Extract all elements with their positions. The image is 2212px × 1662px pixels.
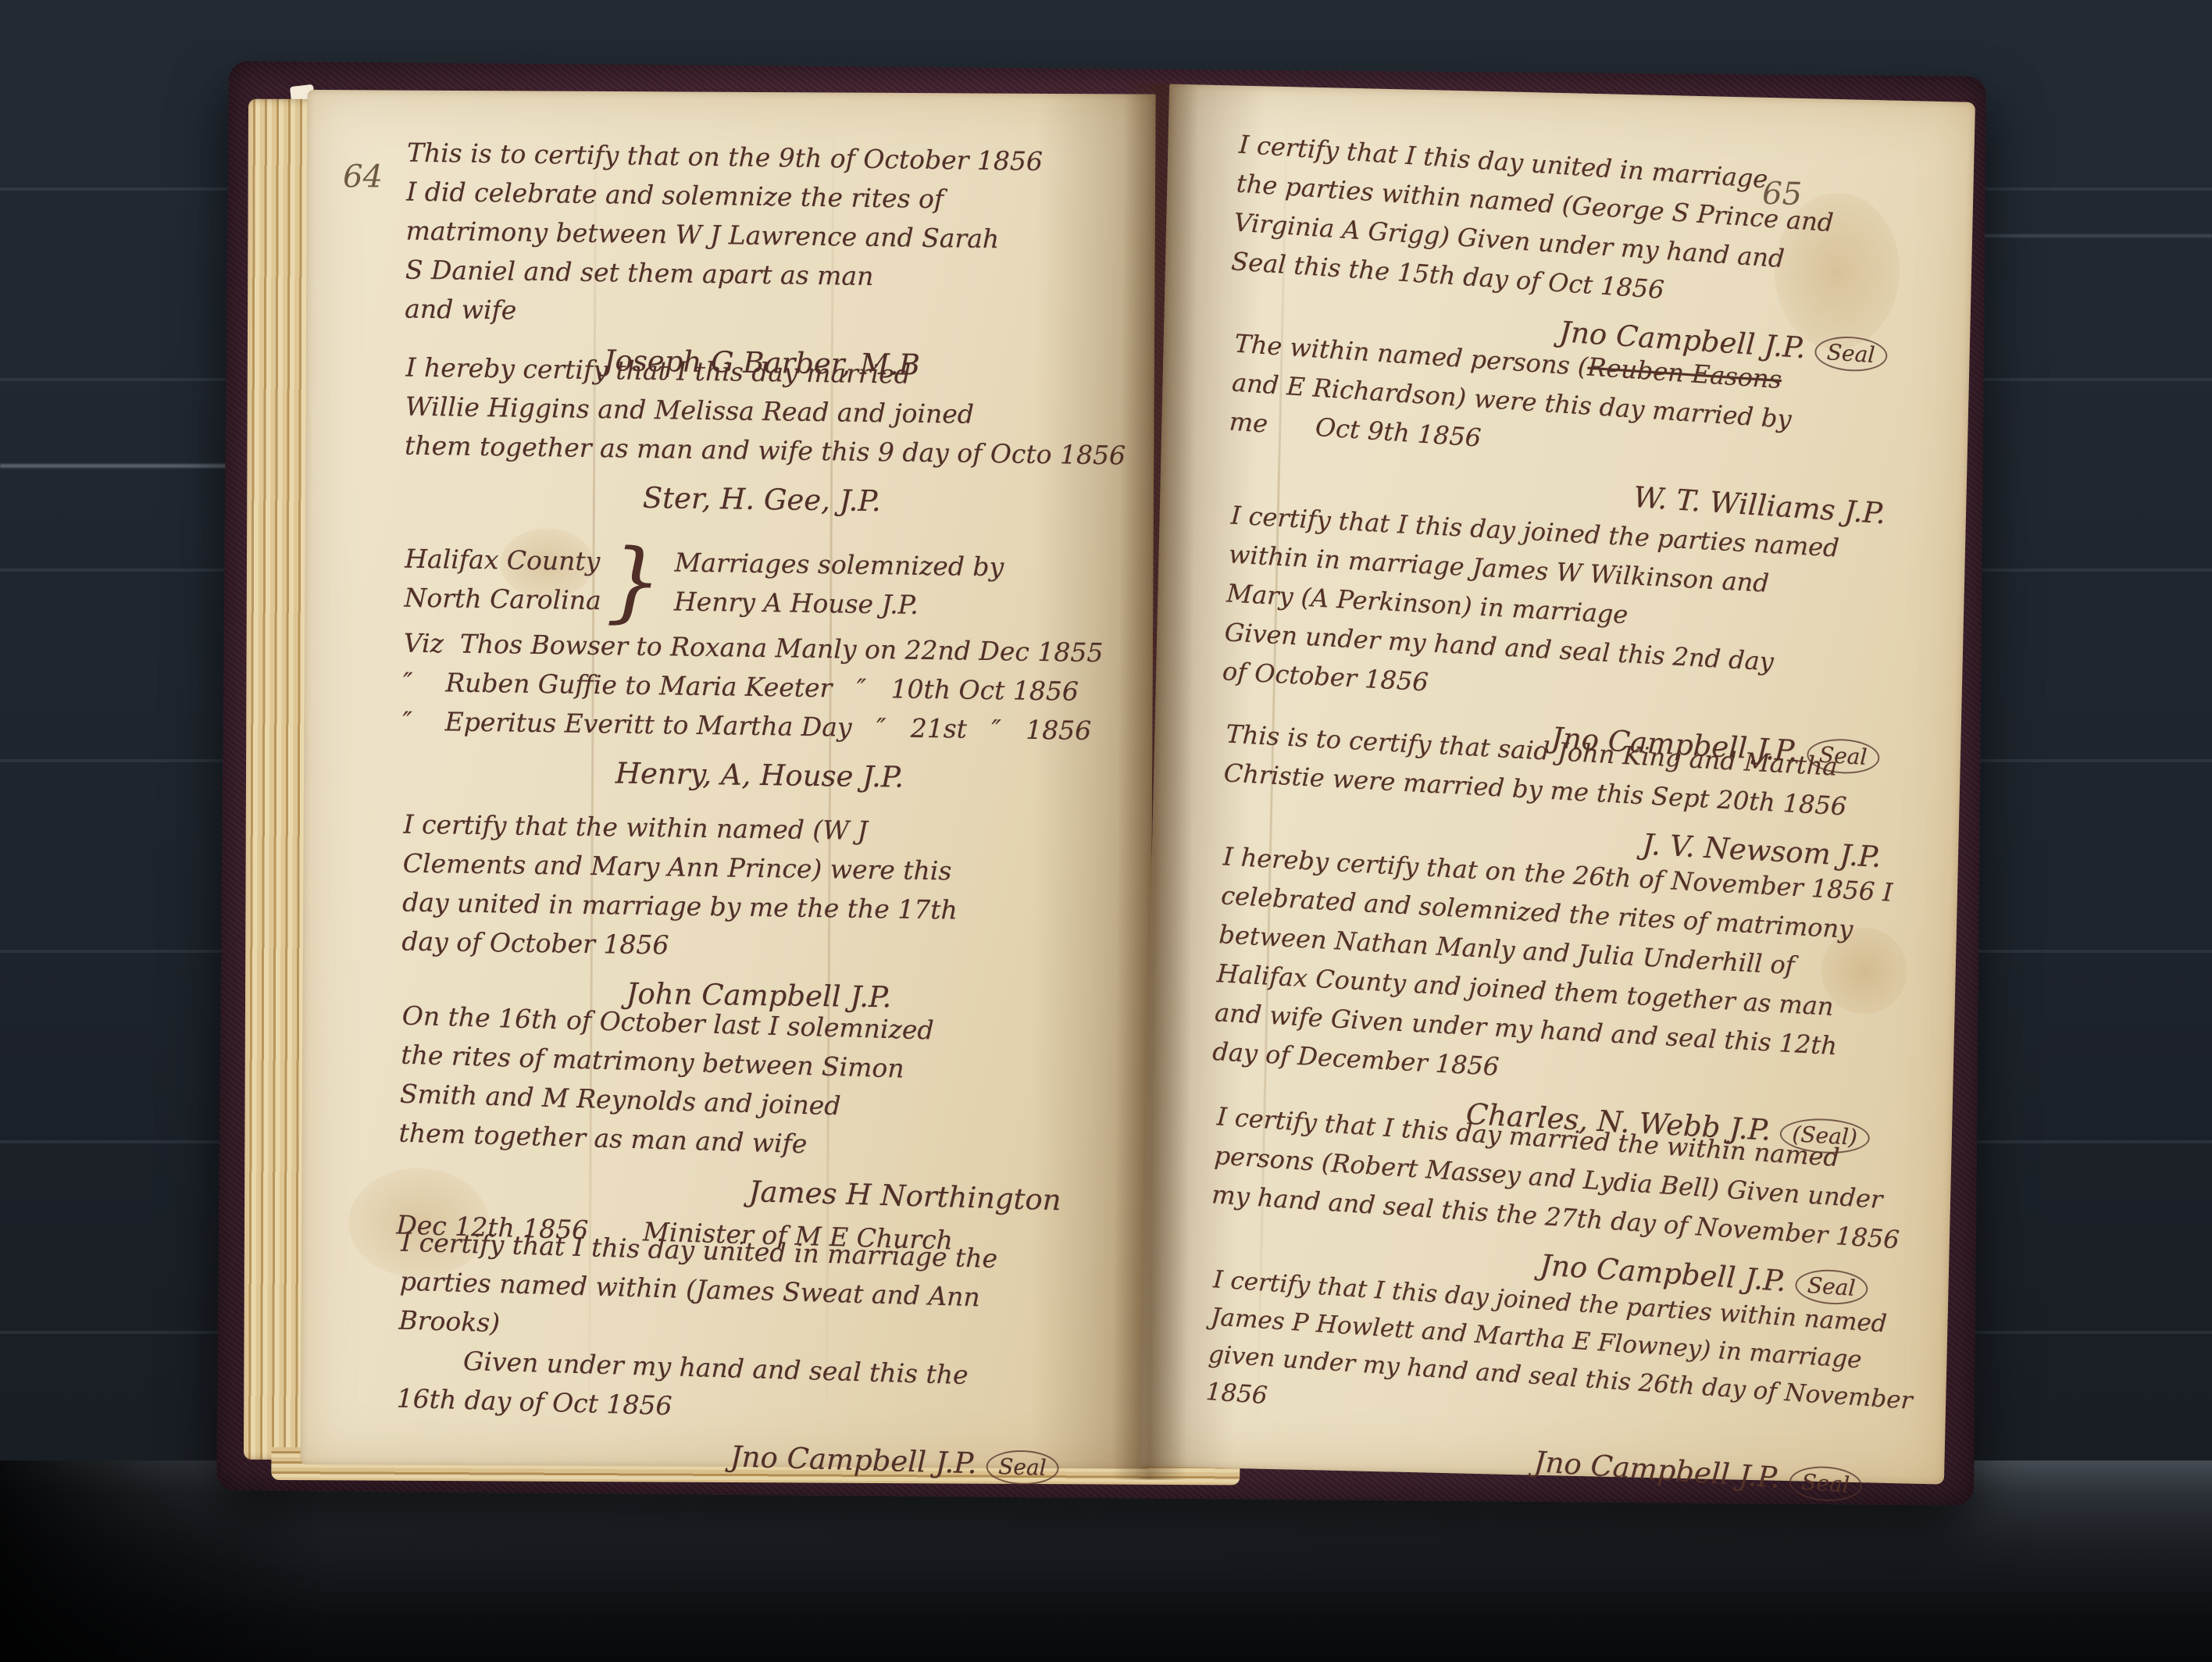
page-crease (826, 116, 835, 1436)
register-entry: I certify that I this day joined the par… (1218, 496, 1943, 781)
seal-mark: Seal (986, 1450, 1060, 1486)
entry-line: persons (Robert Massey and Lydia Bell) G… (1213, 1136, 1926, 1222)
entry-line: Seal this the 15th day of Oct 1856 (1230, 241, 1943, 327)
marriage-row: ″ Eperitus Everitt to Martha Day ″ 21st … (402, 702, 1118, 751)
marriage-row: ″ Ruben Guffie to Maria Keeter ″ 10th Oc… (403, 663, 1119, 712)
entry-line: day united in marriage by me the the 17t… (402, 883, 1118, 933)
entry-line: On the 16th of October last I solemnized (401, 997, 1118, 1056)
signature-name: Jno Campbell J.P. (730, 1440, 977, 1481)
entry-line: them together as man and wife this 9 day… (405, 426, 1121, 476)
signature: James H Northington (397, 1161, 1113, 1225)
signature: Jno Campbell J.P. Seal (1218, 698, 1932, 780)
entry-line: I certify that I this day joined the par… (1212, 1261, 1925, 1345)
entry-line: I certify that the within named (W J (403, 805, 1119, 854)
register-entry: I hereby certify that on the 26th of Nov… (1209, 836, 1935, 1161)
register-entry-halifax-list: Halifax County North Carolina } Marriage… (401, 540, 1120, 803)
signature: Jno Campbell J.P. Seal (1201, 1418, 1915, 1509)
paper-stain (1773, 191, 1901, 351)
background-glint (1970, 234, 2212, 237)
entry-line: day of October 1856 (401, 922, 1118, 972)
register-entry: I certify that the within named (W J Cle… (401, 805, 1119, 1023)
register-entry: I certify that I this day united in marr… (1226, 125, 1951, 380)
entry-text: The within named persons ( (1233, 329, 1588, 382)
marriage-rows: Viz Thos Bowser to Roxana Manly on 22nd … (402, 624, 1119, 751)
seal-mark: Seal (1788, 1464, 1863, 1503)
signature: Jno Campbell J.P. Seal (1208, 1222, 1921, 1312)
entry-line: I did celebrate and solemnize the rites … (406, 173, 1122, 222)
signature: J. V. Newsom J.P. (1220, 800, 1934, 882)
entry-line: and wife Given under my hand and seal th… (1214, 993, 1927, 1070)
entry-line: Given under my hand and seal this the (397, 1340, 1113, 1400)
entry-line: James P Howlett and Martha E Flowney) in… (1210, 1298, 1923, 1382)
entry-line: I hereby certify that on the 26th of Nov… (1222, 836, 1935, 914)
entry-line: Smith and M Reynolds and joined (399, 1075, 1115, 1134)
entry-line: within in marriage James W Wilkinson and (1228, 534, 1941, 612)
entry-line: I certify that I this day married the wi… (1216, 1097, 1929, 1182)
county-names: Halifax County North Carolina (404, 540, 601, 621)
photograph-of-marriage-register: 64 This is to certify that on the 9th of… (0, 0, 2212, 1662)
signature: Ster, H. Gee, J.P. (404, 473, 1120, 527)
entry-line: the parties within named (George S Princ… (1235, 164, 1948, 250)
register-entry: I certify that I this day married the wi… (1208, 1097, 1929, 1312)
entry-line: Virginia A Grigg) Given under my hand an… (1233, 202, 1946, 288)
entry-line: 16th day of Oct 1856 (396, 1379, 1112, 1439)
entry-line: Clements and Mary Ann Prince) were this (402, 844, 1118, 893)
seal-mark: Seal (1806, 737, 1881, 776)
signature: Jno Campbell J.P. Seal (1226, 288, 1940, 379)
entry-line: 1856 (1204, 1373, 1918, 1457)
entry-line: Willie Higgins and Melissa Read and join… (405, 387, 1122, 437)
entry-line: North Carolina (404, 579, 601, 621)
page-number-right: 65 (1762, 176, 1803, 212)
entry-line: and E Richardson) were this day married … (1231, 363, 1944, 449)
entry-line: This is to certify that on the 9th of Oc… (407, 134, 1123, 183)
entry-line: day of December 1856 (1211, 1032, 1925, 1109)
entry-line: Brooks) (398, 1301, 1115, 1361)
brace-glyph: } (605, 542, 662, 621)
paper-stain (348, 1168, 490, 1278)
entry-line: I certify that I this day united in marr… (401, 1223, 1117, 1282)
entry-line: Marriages solemnized by (674, 543, 1004, 587)
date-note: Dec 12th 1856 (396, 1206, 589, 1250)
signature: Joseph G Barber, M.B (404, 337, 1120, 391)
entry-line: The within named persons (Reuben Easons (1233, 324, 1946, 410)
page-crease (588, 115, 598, 1435)
signature: John Campbell J.P. (401, 969, 1117, 1023)
signature-name: Jno Campbell J.P. (1558, 315, 1807, 365)
entry-line: Halifax County (405, 540, 602, 582)
entry-line: and wife (405, 290, 1121, 339)
entry-line: Halifax County and joined them together … (1216, 954, 1929, 1031)
seal-mark: Seal (1794, 1268, 1869, 1307)
entry-line: Christie were married by me this Sept 20… (1223, 753, 1936, 830)
register-entry: I certify that I this day joined the par… (1201, 1261, 1925, 1509)
signature: W. T. Williams J.P. (1225, 448, 1939, 539)
county-header: Halifax County North Carolina } Marriage… (404, 540, 1120, 628)
paper-stain (1820, 927, 1907, 1015)
register-entry: This is to certify that on the 9th of Oc… (404, 134, 1122, 391)
signature-name: Jno Campbell J.P. (1539, 1248, 1787, 1298)
page-number-left: 64 (343, 159, 383, 194)
signature: Charles, N. Webb J.P. (Seal) (1209, 1079, 1923, 1161)
register-book-cover: 64 This is to certify that on the 9th of… (216, 61, 1986, 1506)
register-entry: The within named persons (Reuben Easons … (1225, 324, 1946, 540)
page-crease (1256, 110, 1289, 1438)
entry-line: Mary (A Perkinson) in marriage (1226, 573, 1939, 651)
book-gutter-shadow (1111, 83, 1199, 1480)
signature-name: Jno Campbell J.P. (1533, 1445, 1782, 1495)
entry-line: This is to certify that said John King a… (1225, 714, 1938, 791)
entry-line: them together as man and wife (398, 1114, 1115, 1173)
seal-mark: (Seal) (1779, 1116, 1870, 1155)
seal-mark: Seal (1814, 334, 1889, 373)
register-entry: I certify that I this day united in marr… (394, 1223, 1116, 1489)
entry-line: I hereby certify that I this day married (405, 348, 1122, 398)
right-page: 65 I certify that I this day united in m… (1138, 84, 1975, 1485)
entry-line: matrimony between W J Lawrence and Sarah (405, 212, 1122, 261)
paper-stain (500, 528, 594, 599)
background-glint (0, 464, 234, 468)
left-page: 64 This is to certify that on the 9th of… (300, 90, 1155, 1469)
register-entry: I hereby certify that I this day married… (404, 348, 1122, 527)
entry-line: I certify that I this day united in marr… (1238, 125, 1951, 211)
entry-line: parties named within (James Sweat and An… (399, 1262, 1115, 1321)
signature-notes: Dec 12th 1856 Minister of M E Church (396, 1206, 1112, 1265)
entry-line: celebrated and solemnized the rites of m… (1220, 876, 1933, 953)
signature-name: Charles, N. Webb J.P. (1465, 1097, 1771, 1147)
entry-line: between Nathan Manly and Julia Underhill… (1218, 915, 1931, 992)
signature: Henry, A, House J.P. (401, 749, 1118, 803)
entry-line: I certify that I this day joined the par… (1230, 496, 1943, 573)
register-entry: This is to certify that said John King a… (1220, 714, 1939, 882)
marriage-row: Viz Thos Bowser to Roxana Manly on 22nd … (403, 624, 1119, 673)
entry-line: my hand and seal this the 27th day of No… (1211, 1175, 1924, 1261)
register-entry: On the 16th of October last I solemnized… (396, 997, 1118, 1264)
signature-name: Jno Campbell J.P. (1550, 721, 1799, 768)
entry-line: Henry A House J.P. (674, 582, 1004, 626)
entry-line: given under my hand and seal this 26th d… (1208, 1336, 1921, 1420)
entry-line: me Oct 9th 1856 (1228, 401, 1941, 487)
struck-name: Reuben Easons (1586, 352, 1782, 394)
solemnized-by: Marriages solemnized by Henry A House J.… (674, 543, 1004, 626)
entry-line: Given under my hand and seal this 2nd da… (1223, 612, 1936, 690)
role-note: Minister of M E Church (643, 1212, 954, 1260)
entry-line: S Daniel and set them apart as man (405, 251, 1122, 300)
entry-line: of October 1856 (1222, 651, 1935, 729)
entry-line: the rites of matrimony between Simon (401, 1036, 1117, 1095)
